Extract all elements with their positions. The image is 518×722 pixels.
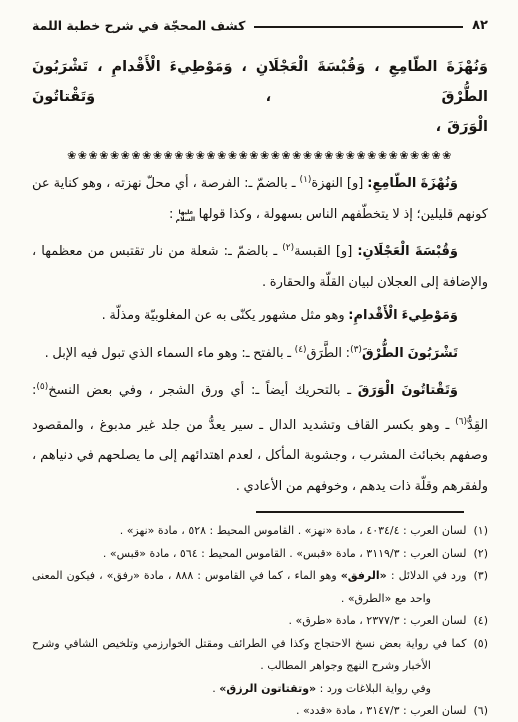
header-rule: [254, 26, 463, 28]
footnote-text: لسان العرب : ٣١١٩/٣ ، مادة «قبس» . القام…: [103, 547, 467, 560]
footnote-number: (٦): [473, 700, 488, 722]
lemma-bold: وَنُهْزَةَ الطّامِعِ:: [367, 176, 458, 191]
book-page: ٨٢ كشف المحجّة في شرح خطبة اللمة وَنُهْز…: [0, 0, 518, 722]
footnote-ref-6: (٦): [455, 417, 467, 427]
footnote-number: (١): [473, 520, 488, 543]
footnotes: (١)لسان العرب : ٤٠٣٤/٤ ، مادة «نهز» . ال…: [32, 520, 488, 722]
sermon-quote-line1: وَنُهْزَةَ الطّامِعِ ، وَقُبْسَةَ الْعَج…: [32, 52, 488, 112]
commentary-body: وَنُهْزَةَ الطّامِعِ: [و] النهزة(١) ـ با…: [32, 165, 488, 502]
footnote-text: لسان العرب : ٢٣٧٧/٣ ، مادة «طرق» .: [289, 614, 467, 627]
footnote-number: (٥): [473, 633, 488, 656]
footnote-4: (٤)لسان العرب : ٢٣٧٧/٣ ، مادة «طرق» .: [32, 610, 488, 633]
footnote-ref-3: (٣): [350, 345, 362, 355]
footnote-2: (٢)لسان العرب : ٣١١٩/٣ ، مادة «قبس» . ال…: [32, 543, 488, 566]
text-run: ـ وهو بكسر القاف وتشديد الدال ـ سير يعدُ…: [32, 418, 488, 494]
footnote-number: (٢): [473, 543, 488, 566]
footnote-text: ورد في الدلائل :: [387, 569, 467, 582]
footnote-bold-text: «الرفق»: [341, 569, 387, 582]
text-run: [و] النهزة: [311, 176, 367, 191]
text-run: وهو مثل مشهور يكنّى به عن المغلوبيّة ومذ…: [102, 308, 349, 323]
book-title: كشف المحجّة في شرح خطبة اللمة: [32, 18, 245, 33]
footnote-ref-2: (٢): [282, 243, 294, 253]
footnote-5-continued: وفي رواية البلاغات ورد : «وتقتاتون الرزق…: [32, 678, 488, 701]
footnote-number: (٤): [473, 610, 488, 633]
lemma-bold: تَشْرَبُونَ الطُّرْقَ: [362, 346, 458, 361]
footnote-number: (٣): [473, 565, 488, 588]
paragraph-turq: تَشْرَبُونَ الطُّرْقَ(٣): الطَّرَق(٤) ـ …: [32, 335, 488, 370]
footnote-text: لسان العرب : ٤٠٣٤/٤ ، مادة «نهز» . القام…: [120, 524, 467, 537]
text-run: [و] القبسة: [294, 244, 357, 259]
footnote-text: وفي رواية البلاغات ورد :: [316, 682, 431, 695]
lemma-bold: وَتَقْتاتُونَ الْوَرَقَ: [358, 383, 458, 398]
ornament-separator: ❀❀❀❀❀❀❀❀❀❀❀❀❀❀❀❀❀❀❀❀❀❀❀❀❀❀❀❀❀❀❀❀❀❀❀❀: [32, 149, 488, 162]
paragraph-nuhza: وَنُهْزَةَ الطّامِعِ: [و] النهزة(١) ـ با…: [32, 165, 488, 230]
footnote-5: (٥)كما في رواية بعض نسخ الاحتجاج وكذا في…: [32, 633, 488, 678]
footnote-ref-4: (٤): [295, 345, 307, 355]
text-run: ـ بالفتح ـ: وهو ماء السماء الذي تبول فيه…: [45, 346, 295, 361]
paragraph-mawtia: وَمَوْطِيءَ الْأَقْدامِ: وهو مثل مشهور ي…: [32, 301, 488, 332]
footnote-text: كما في رواية بعض نسخ الاحتجاج وكذا في ال…: [32, 637, 466, 673]
footnote-3: (٣)ورد في الدلائل : «الرفق» وهو الماء ، …: [32, 565, 488, 610]
paragraph-waraq: وَتَقْتاتُونَ الْوَرَقَ ـ بالتحريك أيضاً…: [32, 372, 488, 502]
sermon-quote: وَنُهْزَةَ الطّامِعِ ، وَقُبْسَةَ الْعَج…: [32, 52, 488, 142]
lemma-bold: وَمَوْطِيءَ الْأَقْدامِ:: [348, 308, 458, 323]
sermon-quote-line2: الْوَرَقَ ،: [32, 112, 488, 142]
footnote-ref-1: (١): [300, 175, 312, 185]
footnote-text: لسان العرب : ٣١٤٧/٣ ، مادة «قدد» .: [296, 704, 467, 717]
page-header: ٨٢ كشف المحجّة في شرح خطبة اللمة: [32, 18, 488, 33]
page-number: ٨٢: [472, 18, 488, 33]
footnote-1: (١)لسان العرب : ٤٠٣٤/٤ ، مادة «نهز» . ال…: [32, 520, 488, 543]
text-run: : الطَّرَق: [307, 346, 351, 361]
footnote-6: (٦)لسان العرب : ٣١٤٧/٣ ، مادة «قدد» .: [32, 700, 488, 722]
paragraph-qubsa: وَقُبْسَةَ الْعَجْلَانِ: [و] القبسة(٢) ـ…: [32, 233, 488, 298]
footnote-ref-5: (٥): [36, 382, 48, 392]
text-run: ـ بالتحريك أيضاً ـ: أي ورق الشجر ، وفي ب…: [48, 383, 357, 398]
footnote-bold-text: «وتقتاتون الرزق»: [219, 682, 316, 695]
footnote-separator: [256, 511, 464, 513]
lemma-bold: وَقُبْسَةَ الْعَجْلَانِ:: [357, 244, 458, 259]
honorific-mark: عليها السلام: [177, 210, 195, 223]
